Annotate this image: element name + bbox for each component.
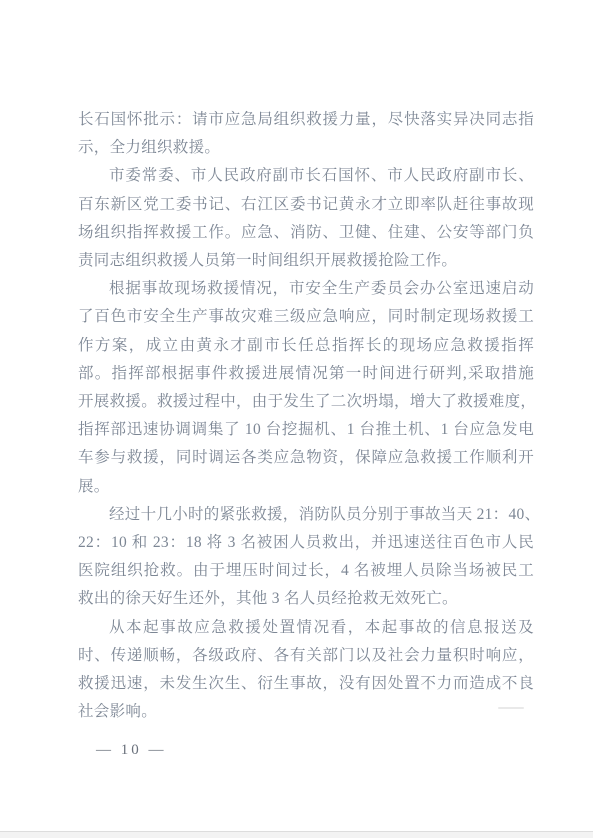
page-number: — 10 — xyxy=(96,742,167,759)
text-line: 时、传递顺畅，各级政府、各有关部门以及社会力量积时响应， xyxy=(78,642,534,670)
scan-edge-artifact xyxy=(0,831,593,838)
text-line: 部。指挥部根据事件救援进展情况第一时间进行研判,采取措施 xyxy=(78,360,534,388)
text-line: 了百色市安全生产事故灾难三级应急响应，同时制定现场救援工 xyxy=(78,303,534,331)
text-line: 社会影响。 xyxy=(78,698,534,726)
scan-smudge-artifact xyxy=(498,707,524,709)
text-line: 根据事故现场救援情况，市安全生产委员会办公室迅速启动 xyxy=(78,275,534,303)
text-line: 长石国怀批示：请市应急局组织救援力量，尽快落实异决同志指 xyxy=(78,106,534,134)
text-line: 22：10 和 23：18 将 3 名被困人员救出，并迅速送往百色市人民 xyxy=(78,529,534,557)
text-line: 救援迅速，未发生次生、衍生事故，没有因处置不力而造成不良 xyxy=(78,670,534,698)
text-line: 开展救援。救援过程中，由于发生了二次坍塌，增大了救援难度， xyxy=(78,388,534,416)
text-line: 从本起事故应急救援处置情况看，本起事故的信息报送及 xyxy=(78,614,534,642)
text-line: 示，全力组织救援。 xyxy=(78,134,534,162)
text-line: 责同志组织救援人员第一时间组织开展救援抢险工作。 xyxy=(78,247,534,275)
document-body: 长石国怀批示：请市应急局组织救援力量，尽快落实异决同志指示，全力组织救援。市委常… xyxy=(78,106,534,726)
text-line: 场组织指挥救援工作。应急、消防、卫健、住建、公安等部门负 xyxy=(78,219,534,247)
text-line: 市委常委、市人民政府副市长石国怀、市人民政府副市长、 xyxy=(78,162,534,190)
text-line: 作方案，成立由黄永才副市长任总指挥长的现场应急救援指挥 xyxy=(78,332,534,360)
text-line: 指挥部迅速协调调集了 10 台挖掘机、1 台推土机、1 台应急发电 xyxy=(78,416,534,444)
text-line: 展。 xyxy=(78,473,534,501)
text-line: 百东新区党工委书记、右江区委书记黄永才立即率队赶往事故现 xyxy=(78,191,534,219)
text-line: 经过十几小时的紧张救援，消防队员分别于事故当天 21：40、 xyxy=(78,501,534,529)
text-line: 救出的徐天好生还外，其他 3 名人员经抢救无效死亡。 xyxy=(78,585,534,613)
document-page: 长石国怀批示：请市应急局组织救援力量，尽快落实异决同志指示，全力组织救援。市委常… xyxy=(0,0,593,838)
text-line: 车参与救援，同时调运各类应急物资，保障应急救援工作顺利开 xyxy=(78,444,534,472)
text-line: 医院组织抢救。由于埋压时间过长，4 名被埋人员除当场被民工 xyxy=(78,557,534,585)
